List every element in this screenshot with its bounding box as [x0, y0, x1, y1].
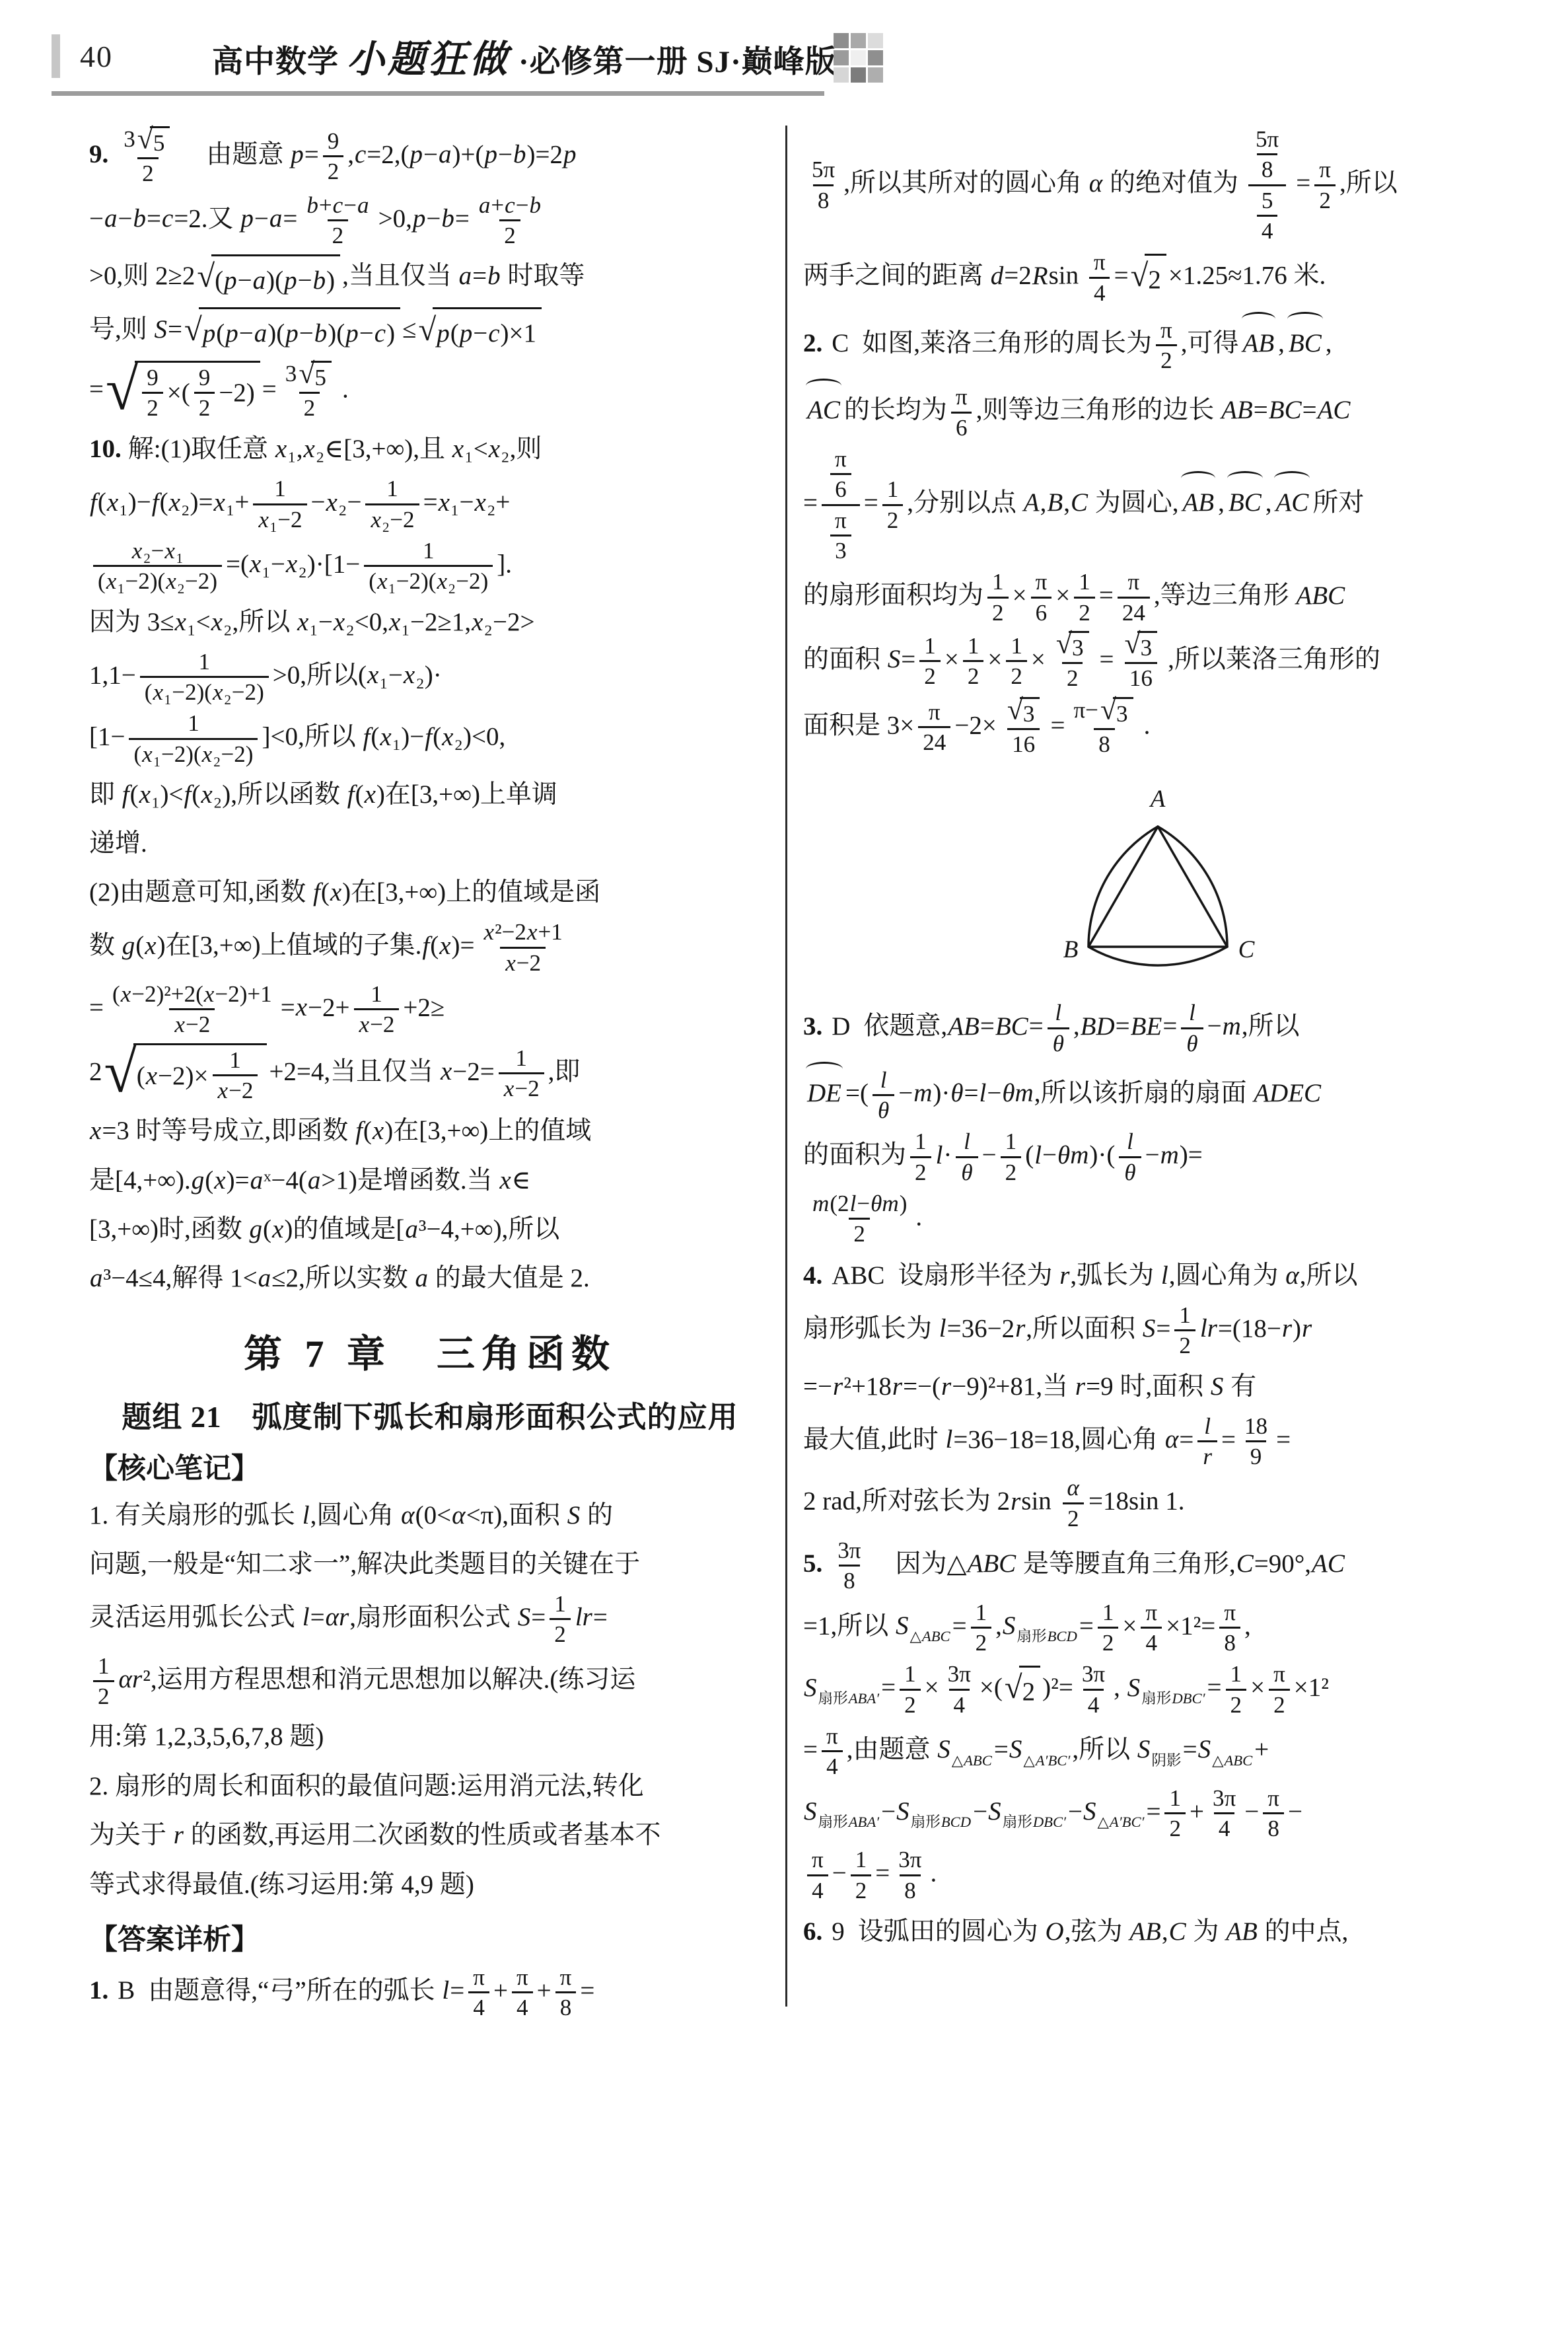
- text-run: =: [262, 375, 277, 403]
- numerator: l: [875, 1067, 892, 1094]
- text-run: 两手之间的距离: [803, 262, 990, 290]
- text-run: a: [404, 1215, 419, 1243]
- text-run: l: [979, 1079, 987, 1107]
- text-run: ,: [1278, 329, 1285, 357]
- radicand: (p−a)(p−b): [211, 254, 340, 303]
- text-run: ABC: [967, 1549, 1017, 1578]
- fraction: 12: [963, 633, 984, 690]
- text-run: ≤: [402, 315, 416, 344]
- fraction: 12: [910, 1128, 931, 1186]
- denominator: 24: [1118, 597, 1150, 626]
- text-run: 面积是 3×: [803, 711, 914, 739]
- text-run: 5.: [803, 1549, 822, 1578]
- text-run: f: [184, 780, 192, 809]
- text-run: x: [379, 723, 392, 751]
- numerator: π: [1219, 1600, 1240, 1627]
- text-run: 由题意: [180, 140, 290, 168]
- text-run: b: [314, 311, 328, 355]
- denominator: 2: [323, 155, 344, 185]
- text-run: (: [135, 932, 144, 960]
- text-run: 4: [954, 1692, 966, 1718]
- text-run: m: [1160, 1141, 1180, 1169]
- text-run: AB: [1182, 488, 1215, 517]
- text-run: C: [1168, 1917, 1187, 1946]
- numerator: π: [822, 1723, 843, 1750]
- text-run: ,: [1162, 1917, 1168, 1946]
- text-run: )在[3,+∞)上的值域是函: [342, 878, 600, 906]
- text-run: 2: [1273, 1692, 1285, 1718]
- text-run: =2.又: [174, 204, 240, 233]
- text-run: ₂+: [487, 488, 511, 517]
- text-run: x: [333, 608, 345, 636]
- text-run: p: [285, 311, 299, 355]
- text-run: =3 时等号成立,即函数: [102, 1117, 355, 1145]
- answer-3: 3.D依题意,AB=BC=lθ,BD=BE=lθ−m,所以DE=(lθ−m)·θ…: [803, 1000, 1513, 1247]
- text-run: AB: [1221, 396, 1254, 424]
- denominator: 2: [963, 660, 984, 690]
- fraction: 12: [900, 1661, 921, 1718]
- text-run: 扇形: [818, 1814, 848, 1830]
- text-run: ,弧长为: [1070, 1261, 1160, 1290]
- text-run: ₂)=: [181, 488, 213, 517]
- text-run: π: [1319, 157, 1331, 182]
- text-run: ,: [1114, 1674, 1127, 1702]
- text-run: =: [1162, 1012, 1177, 1041]
- text-run: θ: [960, 1160, 973, 1185]
- numerator: π: [1031, 569, 1052, 596]
- text-run: f: [362, 723, 371, 751]
- text-run: α: [1067, 1475, 1080, 1500]
- text-run: sin: [1129, 1487, 1159, 1516]
- text-run: 4: [1262, 218, 1273, 244]
- text-run: S: [1142, 1314, 1157, 1343]
- denominator: 4: [1214, 1812, 1235, 1842]
- text-run: 3: [1141, 635, 1153, 661]
- fraction: π24: [1118, 569, 1150, 626]
- text-run: 1: [855, 1847, 867, 1872]
- text-run: 1: [1102, 1600, 1114, 1625]
- fraction: lθ: [956, 1128, 978, 1186]
- fraction: 3π4: [943, 1661, 976, 1718]
- denominator: 2: [919, 660, 941, 690]
- text-run: 1: [98, 1653, 110, 1679]
- text-run: S: [896, 1797, 910, 1826]
- text-run: 6: [956, 415, 968, 441]
- text-run: 2: [1067, 1506, 1079, 1532]
- text-run: )在[3,+∞)上值域的子集.: [157, 932, 422, 960]
- numerator: l: [958, 1128, 976, 1156]
- denominator: 2: [142, 392, 163, 422]
- text-run: =: [1099, 581, 1114, 610]
- text-run: ₁−: [309, 608, 333, 636]
- text-run: −: [254, 204, 269, 233]
- text-run: r: [892, 1372, 903, 1401]
- text-run: a: [357, 192, 370, 218]
- denominator: 6: [1031, 597, 1052, 626]
- text-run: =(: [226, 550, 249, 578]
- text-run: sin: [1049, 262, 1079, 290]
- text-run: ,: [347, 140, 354, 168]
- formula-line: 灵活运用弧长公式 l=αr,扇形面积公式 S=12lr=: [89, 1591, 771, 1648]
- text-run: +2=4,当且仅当: [269, 1057, 440, 1086]
- text-run: (: [450, 311, 459, 355]
- text-run: p: [202, 311, 217, 355]
- fraction: π4: [822, 1723, 843, 1781]
- text-run: π: [1036, 569, 1048, 595]
- text-run: −2: [370, 1012, 394, 1037]
- formula-line: =π6π3=12,分别以点 A,B,C 为圆心,AB,BC,AC所对: [803, 446, 1513, 564]
- text-run: π: [560, 1964, 572, 1990]
- problem-number: 2.: [803, 329, 822, 357]
- text-run: a: [307, 1166, 322, 1195]
- text-run: 解:(1)取任意: [128, 435, 275, 463]
- text-run: p: [225, 311, 239, 355]
- text-run: b: [306, 192, 319, 218]
- arc-over: AC: [1273, 471, 1311, 525]
- text-run: −: [89, 204, 104, 233]
- numerator: 1: [194, 649, 215, 676]
- denominator: 8: [1257, 153, 1278, 183]
- text-run: x: [330, 878, 342, 906]
- text-run: 2: [992, 600, 1004, 626]
- text-run: =: [450, 1976, 464, 2005]
- text-run: =: [310, 1603, 325, 1631]
- text-run: π: [1224, 1600, 1236, 1625]
- text-run: 4: [1088, 1692, 1100, 1718]
- text-run: ₂−2): [177, 568, 217, 594]
- numerator: l: [1122, 1128, 1139, 1156]
- text-run: −2)+1: [215, 981, 271, 1007]
- page: 40 高中数学小题狂做·必修第一册 SJ·巅峰版 9.3√52 由题意 p=92…: [0, 0, 1568, 2325]
- problem-number: 5.: [803, 1549, 822, 1578]
- text-run: 8: [560, 1995, 572, 2020]
- text-run: 5π: [1256, 126, 1279, 152]
- text-run: (: [215, 258, 223, 303]
- text-run: f: [89, 488, 98, 517]
- formula-line: 9.3√52 由题意 p=92,c=2,(p−a)+(p−b)=2p: [89, 126, 771, 188]
- text-run: 2.: [803, 329, 822, 357]
- text-run: 1: [1005, 1128, 1017, 1154]
- text-run: p: [290, 140, 304, 168]
- denominator: x−2: [499, 1072, 544, 1102]
- text-run: ³−4≤4,解得 1<: [104, 1264, 258, 1292]
- fraction: 3π8: [894, 1847, 926, 1904]
- radical-icon: √: [104, 1043, 137, 1102]
- text-run: 1.: [1158, 1487, 1184, 1516]
- text-run: −: [311, 488, 326, 517]
- text-run: =36−18=18,圆心角: [953, 1425, 1164, 1454]
- numerator: 1: [900, 1661, 921, 1688]
- text-run: =: [168, 315, 182, 344]
- denominator: 2: [299, 392, 320, 422]
- problem-number: 10.: [89, 435, 122, 463]
- text-run: =: [147, 204, 161, 233]
- denominator: 2: [910, 1156, 931, 1186]
- text-run: A′BC′: [1035, 1752, 1071, 1769]
- text-run: =(: [845, 1079, 869, 1107]
- formula-line: 递增.: [89, 821, 771, 866]
- numerator: 5π8: [1242, 126, 1292, 184]
- text-run: ₂<0,: [345, 608, 388, 636]
- text-run: ×: [1013, 581, 1027, 610]
- text-run: (: [137, 1054, 145, 1098]
- text-run: x: [370, 507, 382, 533]
- text-run: 4: [826, 1753, 838, 1779]
- text-run: 1: [386, 476, 398, 501]
- text-run: −: [299, 311, 314, 355]
- denominator: 2: [1074, 597, 1095, 626]
- page-number: 40: [80, 39, 113, 74]
- text-run: ₁<: [187, 608, 211, 636]
- text-run: ×: [1250, 1674, 1265, 1702]
- text-run: ₂−2>: [483, 608, 534, 636]
- text-run: 是等腰直角三角形,: [1016, 1549, 1236, 1578]
- radical-icon: √: [418, 314, 436, 346]
- text-run: ,等边三角形: [1154, 581, 1296, 610]
- text-run: S: [1137, 1735, 1151, 1763]
- text-run: 2: [199, 395, 211, 421]
- radicand: p(p−c)×1: [433, 307, 542, 355]
- text-run: π−: [1073, 697, 1098, 723]
- text-run: 2: [904, 1692, 916, 1718]
- text-run: 3: [1023, 701, 1035, 727]
- text-run: 1: [229, 1047, 241, 1073]
- text-run: S: [1002, 1611, 1016, 1640]
- text-run: x: [372, 1117, 384, 1145]
- text-run: a: [250, 1166, 264, 1195]
- denominator: 2: [1226, 1689, 1247, 1718]
- checker-square: [868, 67, 883, 83]
- text-run: ,圆心角: [310, 1501, 401, 1530]
- fraction: 3π4: [1208, 1785, 1240, 1843]
- text-run: S: [1210, 1372, 1225, 1401]
- text-run: (: [112, 981, 120, 1007]
- text-run: ,所以: [1300, 1261, 1358, 1290]
- denominator: 8: [1094, 728, 1115, 758]
- numerator: 1: [225, 1047, 246, 1074]
- answer-10: 10.解:(1)取任意 x₁,x₂∈[3,+∞),且 x₁<x₂,则f(x₁)−…: [89, 427, 771, 1300]
- text-run: x: [438, 488, 450, 517]
- denominator: 2: [1164, 1812, 1186, 1842]
- formula-line: (2)由题意可知,函数 f(x)在[3,+∞)上的值域是函: [89, 870, 771, 914]
- denominator: θ: [1119, 1156, 1141, 1186]
- text-run: 1: [198, 649, 210, 675]
- numerator: x²−2x+1: [478, 919, 567, 946]
- text-run: x: [89, 1117, 102, 1145]
- text-run: x: [436, 568, 448, 594]
- numerator: 5π: [1251, 126, 1283, 153]
- column-divider: [785, 126, 787, 2007]
- text-run: S: [1009, 1735, 1023, 1763]
- numerator: 9: [142, 365, 163, 392]
- text-run: x: [249, 550, 262, 578]
- square-root: √p(p−c)×1: [418, 307, 542, 355]
- text-run: −: [118, 204, 133, 233]
- text-run: p: [563, 140, 577, 168]
- text-run: a: [258, 1264, 272, 1292]
- vertex-label-c: C: [1238, 936, 1256, 963]
- text-run: ,弦为: [1065, 1917, 1129, 1946]
- text-run: △: [1212, 1752, 1223, 1769]
- text-run: x: [152, 679, 164, 705]
- text-run: −2)×: [158, 1054, 208, 1098]
- denominator: 6: [951, 412, 972, 441]
- denominator: 2: [1006, 660, 1027, 690]
- text-run: π: [835, 446, 847, 472]
- text-run: (: [1025, 1141, 1034, 1169]
- text-run: α: [451, 1501, 466, 1530]
- text-run: x: [211, 608, 223, 636]
- formula-line: S扇形ABA′=12×3π4×(√2)²=3π4, S扇形DBC′=12×π2×…: [803, 1661, 1513, 1718]
- text-run: θ: [1186, 1031, 1198, 1056]
- numerator: 1: [882, 476, 904, 503]
- text-run: b: [441, 204, 455, 233]
- text-run: ].: [497, 550, 512, 578]
- text-run: x: [499, 1166, 511, 1195]
- denominator: θ: [1181, 1027, 1203, 1057]
- answer-1-cont: 5π8,所以其所对的圆心角 α 的绝对值为5π854=π2,所以两手之间的距离 …: [803, 126, 1513, 307]
- text-run: 1: [371, 981, 382, 1007]
- numerator: 3√5: [281, 361, 338, 392]
- text-run: =: [1183, 1735, 1197, 1763]
- content: 9.3√52 由题意 p=92,c=2,(p−a)+(p−b)=2p−a−b=c…: [89, 122, 1513, 2026]
- radical-icon: √: [137, 126, 153, 155]
- text-run: −: [881, 1797, 896, 1826]
- text-run: A: [1023, 488, 1040, 517]
- text-run: 1: [1169, 1785, 1181, 1811]
- text-run: lr: [575, 1603, 593, 1631]
- square-root: √3: [1125, 631, 1158, 661]
- text-run: ): [1293, 1314, 1301, 1343]
- text-run: x: [164, 538, 176, 564]
- text-run: 等式求得最值.(练习运用:第 4,9 题): [89, 1870, 474, 1899]
- denominator: 2: [1269, 1689, 1290, 1718]
- text-run: ): [386, 311, 395, 355]
- fraction: π6: [1031, 569, 1052, 626]
- fraction: x₂−x₁(x₁−2)(x₂−2): [93, 538, 222, 595]
- formula-line: 4.ABC设扇形半径为 r,弧长为 l,圆心角为 α,所以: [803, 1253, 1513, 1298]
- text-run: [3,+∞)时,函数: [89, 1215, 249, 1243]
- fraction: 3π4: [1077, 1661, 1110, 1718]
- text-run: )(: [266, 258, 283, 303]
- text-run: −9)²+81,当: [952, 1372, 1075, 1401]
- formula-line: DE=(lθ−m)·θ=l−θm,所以该折扇的扇面 ADEC: [803, 1062, 1513, 1124]
- checker-square: [834, 67, 849, 83]
- text-run: =: [803, 488, 818, 517]
- text-run: r: [832, 1372, 843, 1401]
- text-run: 2: [1005, 1160, 1017, 1185]
- formula-line: π4−12=3π8.: [803, 1847, 1513, 1904]
- radical-icon: √: [1005, 1672, 1022, 1704]
- formula-line: 数 g(x)在[3,+∞)上值域的子集.f(x)=x²−2x+1x−2: [89, 919, 771, 977]
- text-run: )=: [227, 1166, 250, 1195]
- text-run: BE: [1130, 1012, 1163, 1041]
- text-run: S: [1197, 1735, 1212, 1763]
- fraction: lθ: [1181, 1000, 1203, 1057]
- fraction: √316: [1001, 697, 1047, 758]
- text-run: +: [491, 192, 504, 218]
- formula-line: 两手之间的距离 d=2Rsin π4=√2×1.25≈1.76 米.: [803, 249, 1513, 307]
- text-run: ₁+: [226, 488, 250, 517]
- fraction: 5π8: [807, 157, 839, 214]
- text-run: ₁)−: [392, 723, 425, 751]
- text-run: 的长均为: [844, 396, 947, 424]
- text-run: )²=: [1042, 1674, 1073, 1702]
- numerator: 1: [382, 476, 403, 503]
- text-run: x: [474, 488, 487, 517]
- numerator: 1: [910, 1128, 931, 1156]
- formula-line: 的面积 S=12×12×12×√32=√316,所以莱洛三角形的: [803, 631, 1513, 692]
- text-run: αr: [118, 1665, 143, 1693]
- checker-square: [851, 50, 866, 65]
- text-run: )=2: [527, 140, 563, 168]
- numerator: 9: [323, 128, 344, 155]
- subscript: △ABC: [910, 1628, 951, 1644]
- text-run: =: [593, 1603, 608, 1631]
- text-run: =: [1179, 1425, 1194, 1454]
- text-run: f: [421, 932, 430, 960]
- text-run: f: [424, 723, 433, 751]
- text-run: (0<: [415, 1501, 451, 1530]
- text-run: l: [1054, 1000, 1062, 1025]
- text-run: l: [1160, 1261, 1169, 1290]
- text-run: ,分别以点: [907, 488, 1023, 517]
- text-run: BC: [1228, 488, 1262, 517]
- text-run: −: [1068, 1797, 1083, 1826]
- fraction: 12: [882, 476, 904, 534]
- formula-line: x=3 时等号成立,即函数 f(x)在[3,+∞)上的值域: [89, 1109, 771, 1153]
- formula-line: 2.C如图,莱洛三角形的周长为π2,可得AB,BC,: [803, 312, 1513, 374]
- subscript: △ABC: [952, 1752, 993, 1769]
- formula-line: 问题,一般是“知二求一”,解决此类题目的关键在于: [89, 1542, 771, 1586]
- formula-line: 号,则 S=√p(p−a)(p−b)(p−c)≤√p(p−c)×1: [89, 307, 771, 356]
- text-run: )·(: [1089, 1141, 1115, 1169]
- square-root: √p(p−a)(p−b)(p−c): [184, 307, 400, 355]
- subscript: 扇形ABA′: [818, 1690, 880, 1707]
- text-run: ₁−2≥1,: [401, 608, 471, 636]
- text-run: =: [455, 204, 470, 233]
- text-run: b: [133, 204, 147, 233]
- text-run: 8: [1262, 157, 1273, 182]
- text-run: 设扇形半径为: [898, 1261, 1059, 1290]
- checker-square: [868, 33, 883, 48]
- fraction: π8: [1219, 1600, 1240, 1657]
- formula-line: 用:第 1,2,3,5,6,7,8 题): [89, 1715, 771, 1759]
- chapter-heading: 第 7 章 三角函数: [89, 1323, 771, 1378]
- denominator: (x₁−2)(x₂−2): [129, 738, 258, 768]
- text-run: ₁,: [287, 435, 303, 463]
- text-run: sin: [1021, 1487, 1051, 1516]
- text-run: >0,则 2≥2: [89, 262, 195, 290]
- formula-line: 是[4,+∞).g(x)=aˣ−4(a>1)是增函数.当 x∈: [89, 1158, 771, 1202]
- numerator: π6: [822, 446, 860, 504]
- text-run: S: [1127, 1674, 1141, 1702]
- text-run: S: [803, 1674, 818, 1702]
- radical-icon: √: [1100, 696, 1116, 725]
- text-run: −2+: [308, 993, 350, 1021]
- book-title: 高中数学小题狂做·必修第一册 SJ·巅峰版: [212, 29, 837, 83]
- text-run: α: [1285, 1261, 1299, 1290]
- text-run: △: [1023, 1752, 1034, 1769]
- text-run: )+(: [452, 140, 484, 168]
- figure-arcs: [1088, 827, 1227, 965]
- text-run: =(18−: [1218, 1314, 1281, 1343]
- text-run: α: [1164, 1425, 1179, 1454]
- text-run: S: [567, 1501, 581, 1530]
- text-run: x: [388, 608, 401, 636]
- text-run: S: [154, 315, 168, 344]
- fraction: 92: [194, 365, 215, 422]
